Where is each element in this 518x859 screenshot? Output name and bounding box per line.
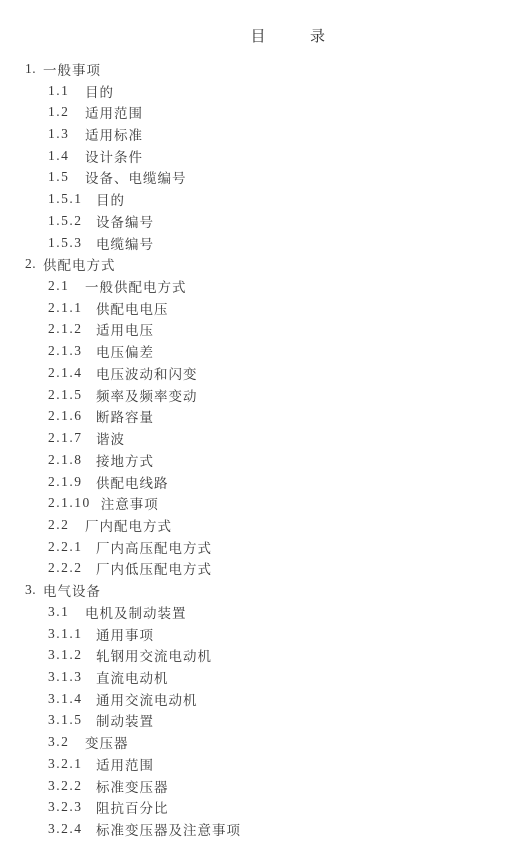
document-page: 目 录 1. 一般事项 1.1 目的 1.2 适用范围 1.3 适用标准 1.4… (0, 0, 518, 859)
page-title: 目 录 (29, 25, 518, 46)
toc-item-label: 厂内配电方式 (85, 515, 172, 535)
toc-item-number: 2.2.1 (48, 539, 86, 555)
toc-item-number: 3.2.3 (48, 799, 86, 815)
toc-item: 1.2 适用范围 (0, 101, 518, 123)
toc-item-label: 注意事项 (101, 493, 159, 513)
toc-item-label: 目的 (85, 81, 114, 101)
toc-item: 3.1.1 通用事项 (0, 623, 518, 645)
toc-item-label: 通用交流电动机 (96, 689, 198, 709)
toc-item-label: 频率及频率变动 (96, 385, 198, 405)
toc-item-number: 2.1.6 (48, 408, 86, 424)
toc-item: 2.1.6 断路容量 (0, 406, 518, 428)
toc-item: 2.2 厂内配电方式 (0, 514, 518, 536)
toc-item-label: 一般供配电方式 (85, 276, 187, 296)
toc-item-label: 供配电线路 (96, 472, 169, 492)
toc-item: 2.1.9 供配电线路 (0, 471, 518, 493)
toc-item-number: 3.1.5 (48, 712, 86, 728)
toc-item-label: 适用标准 (85, 124, 143, 144)
toc-item-number: 2.1.8 (48, 452, 86, 468)
toc-item-number: 2.1.2 (48, 321, 86, 337)
toc-item-label: 设计条件 (85, 146, 143, 166)
toc-item-label: 电机及制动装置 (85, 602, 187, 622)
toc-item: 2.1.8 接地方式 (0, 449, 518, 471)
toc-item: 2.2.2 厂内低压配电方式 (0, 558, 518, 580)
toc-item-number: 3. (25, 582, 39, 598)
toc-item-number: 2.1.4 (48, 365, 86, 381)
toc-item-label: 厂内低压配电方式 (96, 558, 212, 578)
toc-item-number: 1.1 (48, 83, 75, 99)
page-title-char: 录 (310, 25, 326, 46)
toc-item-number: 2.1.1 (48, 300, 86, 316)
toc-item: 1.5.3 电缆编号 (0, 232, 518, 254)
toc-item-label: 通用事项 (96, 624, 154, 644)
toc-item: 1.5.2 设备编号 (0, 210, 518, 232)
toc-item-number: 2.1.3 (48, 343, 86, 359)
toc-item: 2.1 一般供配电方式 (0, 275, 518, 297)
toc-item-number: 1.5.3 (48, 235, 86, 251)
toc-item-number: 2.1.9 (48, 474, 86, 490)
toc-item: 1.3 适用标准 (0, 123, 518, 145)
toc-item: 1. 一般事项 (0, 58, 518, 80)
toc-item-label: 标准变压器及注意事项 (96, 819, 241, 839)
toc-item-number: 3.2.4 (48, 821, 86, 837)
toc-item-label: 电缆编号 (96, 233, 154, 253)
toc-item-label: 设备编号 (96, 211, 154, 231)
toc-item-label: 直流电动机 (96, 667, 169, 687)
toc-item-label: 断路容量 (96, 406, 154, 426)
toc-item-number: 2.1.10 (48, 495, 91, 511)
toc-item-label: 适用范围 (85, 102, 143, 122)
toc-item-number: 2.1.7 (48, 430, 86, 446)
toc-item: 2. 供配电方式 (0, 253, 518, 275)
toc-list: 1. 一般事项 1.1 目的 1.2 适用范围 1.3 适用标准 1.4 设计条… (0, 58, 518, 840)
toc-item-number: 1.3 (48, 126, 75, 142)
toc-item: 3.2.3 阻抗百分比 (0, 796, 518, 818)
toc-item: 3.1 电机及制动装置 (0, 601, 518, 623)
toc-item-number: 2.1 (48, 278, 75, 294)
toc-item-label: 阻抗百分比 (96, 797, 169, 817)
toc-item: 1.5.1 目的 (0, 188, 518, 210)
toc-item-label: 电压波动和闪变 (96, 363, 198, 383)
toc-item: 3.2.4 标准变压器及注意事项 (0, 818, 518, 840)
toc-item: 1.5 设备、电缆编号 (0, 167, 518, 189)
toc-item-label: 厂内高压配电方式 (96, 537, 212, 557)
toc-item: 2.1.7 谐波 (0, 427, 518, 449)
toc-item: 2.1.5 频率及频率变动 (0, 384, 518, 406)
toc-item-number: 1. (25, 61, 39, 77)
toc-item: 3.1.3 直流电动机 (0, 666, 518, 688)
toc-item-label: 谐波 (96, 428, 125, 448)
toc-item-label: 轧钢用交流电动机 (96, 645, 212, 665)
toc-item: 1.1 目的 (0, 80, 518, 102)
toc-item: 3.2.2 标准变压器 (0, 775, 518, 797)
toc-item-label: 目的 (96, 189, 125, 209)
toc-item-label: 供配电方式 (43, 254, 116, 274)
toc-item-label: 一般事项 (43, 59, 101, 79)
toc-item: 3.1.5 制动装置 (0, 710, 518, 732)
toc-item: 2.2.1 厂内高压配电方式 (0, 536, 518, 558)
toc-item-number: 3.1 (48, 604, 75, 620)
toc-item: 2.1.2 适用电压 (0, 319, 518, 341)
toc-item-number: 3.1.2 (48, 647, 86, 663)
toc-item-number: 1.5.2 (48, 213, 86, 229)
toc-item-label: 电压偏差 (96, 341, 154, 361)
toc-item: 2.1.3 电压偏差 (0, 340, 518, 362)
toc-item-label: 制动装置 (96, 710, 154, 730)
toc-item-label: 设备、电缆编号 (85, 167, 187, 187)
toc-item-number: 1.5 (48, 169, 75, 185)
toc-item: 2.1.1 供配电电压 (0, 297, 518, 319)
toc-item-number: 3.2 (48, 734, 75, 750)
toc-item-number: 2.2.2 (48, 560, 86, 576)
toc-item: 3.1.4 通用交流电动机 (0, 688, 518, 710)
toc-item: 1.4 设计条件 (0, 145, 518, 167)
toc-item-number: 3.2.1 (48, 756, 86, 772)
toc-item-number: 1.4 (48, 148, 75, 164)
toc-item: 2.1.4 电压波动和闪变 (0, 362, 518, 384)
toc-item-label: 适用电压 (96, 319, 154, 339)
toc-item: 3.2.1 适用范围 (0, 753, 518, 775)
toc-item-number: 2.2 (48, 517, 75, 533)
toc-item-number: 2. (25, 256, 39, 272)
toc-item-number: 1.5.1 (48, 191, 86, 207)
toc-item-number: 3.2.2 (48, 778, 86, 794)
toc-item: 2.1.10 注意事项 (0, 492, 518, 514)
toc-item-label: 标准变压器 (96, 776, 169, 796)
toc-item-number: 3.1.1 (48, 626, 86, 642)
toc-item: 3.2 变压器 (0, 731, 518, 753)
toc-item: 3.1.2 轧钢用交流电动机 (0, 644, 518, 666)
toc-item-label: 供配电电压 (96, 298, 169, 318)
toc-item-number: 3.1.4 (48, 691, 86, 707)
toc-item: 3. 电气设备 (0, 579, 518, 601)
toc-item-label: 接地方式 (96, 450, 154, 470)
page-title-char: 目 (250, 25, 266, 46)
toc-item-label: 电气设备 (43, 580, 101, 600)
toc-item-label: 变压器 (85, 732, 129, 752)
toc-item-number: 3.1.3 (48, 669, 86, 685)
toc-item-number: 1.2 (48, 104, 75, 120)
toc-item-label: 适用范围 (96, 754, 154, 774)
toc-item-number: 2.1.5 (48, 387, 86, 403)
